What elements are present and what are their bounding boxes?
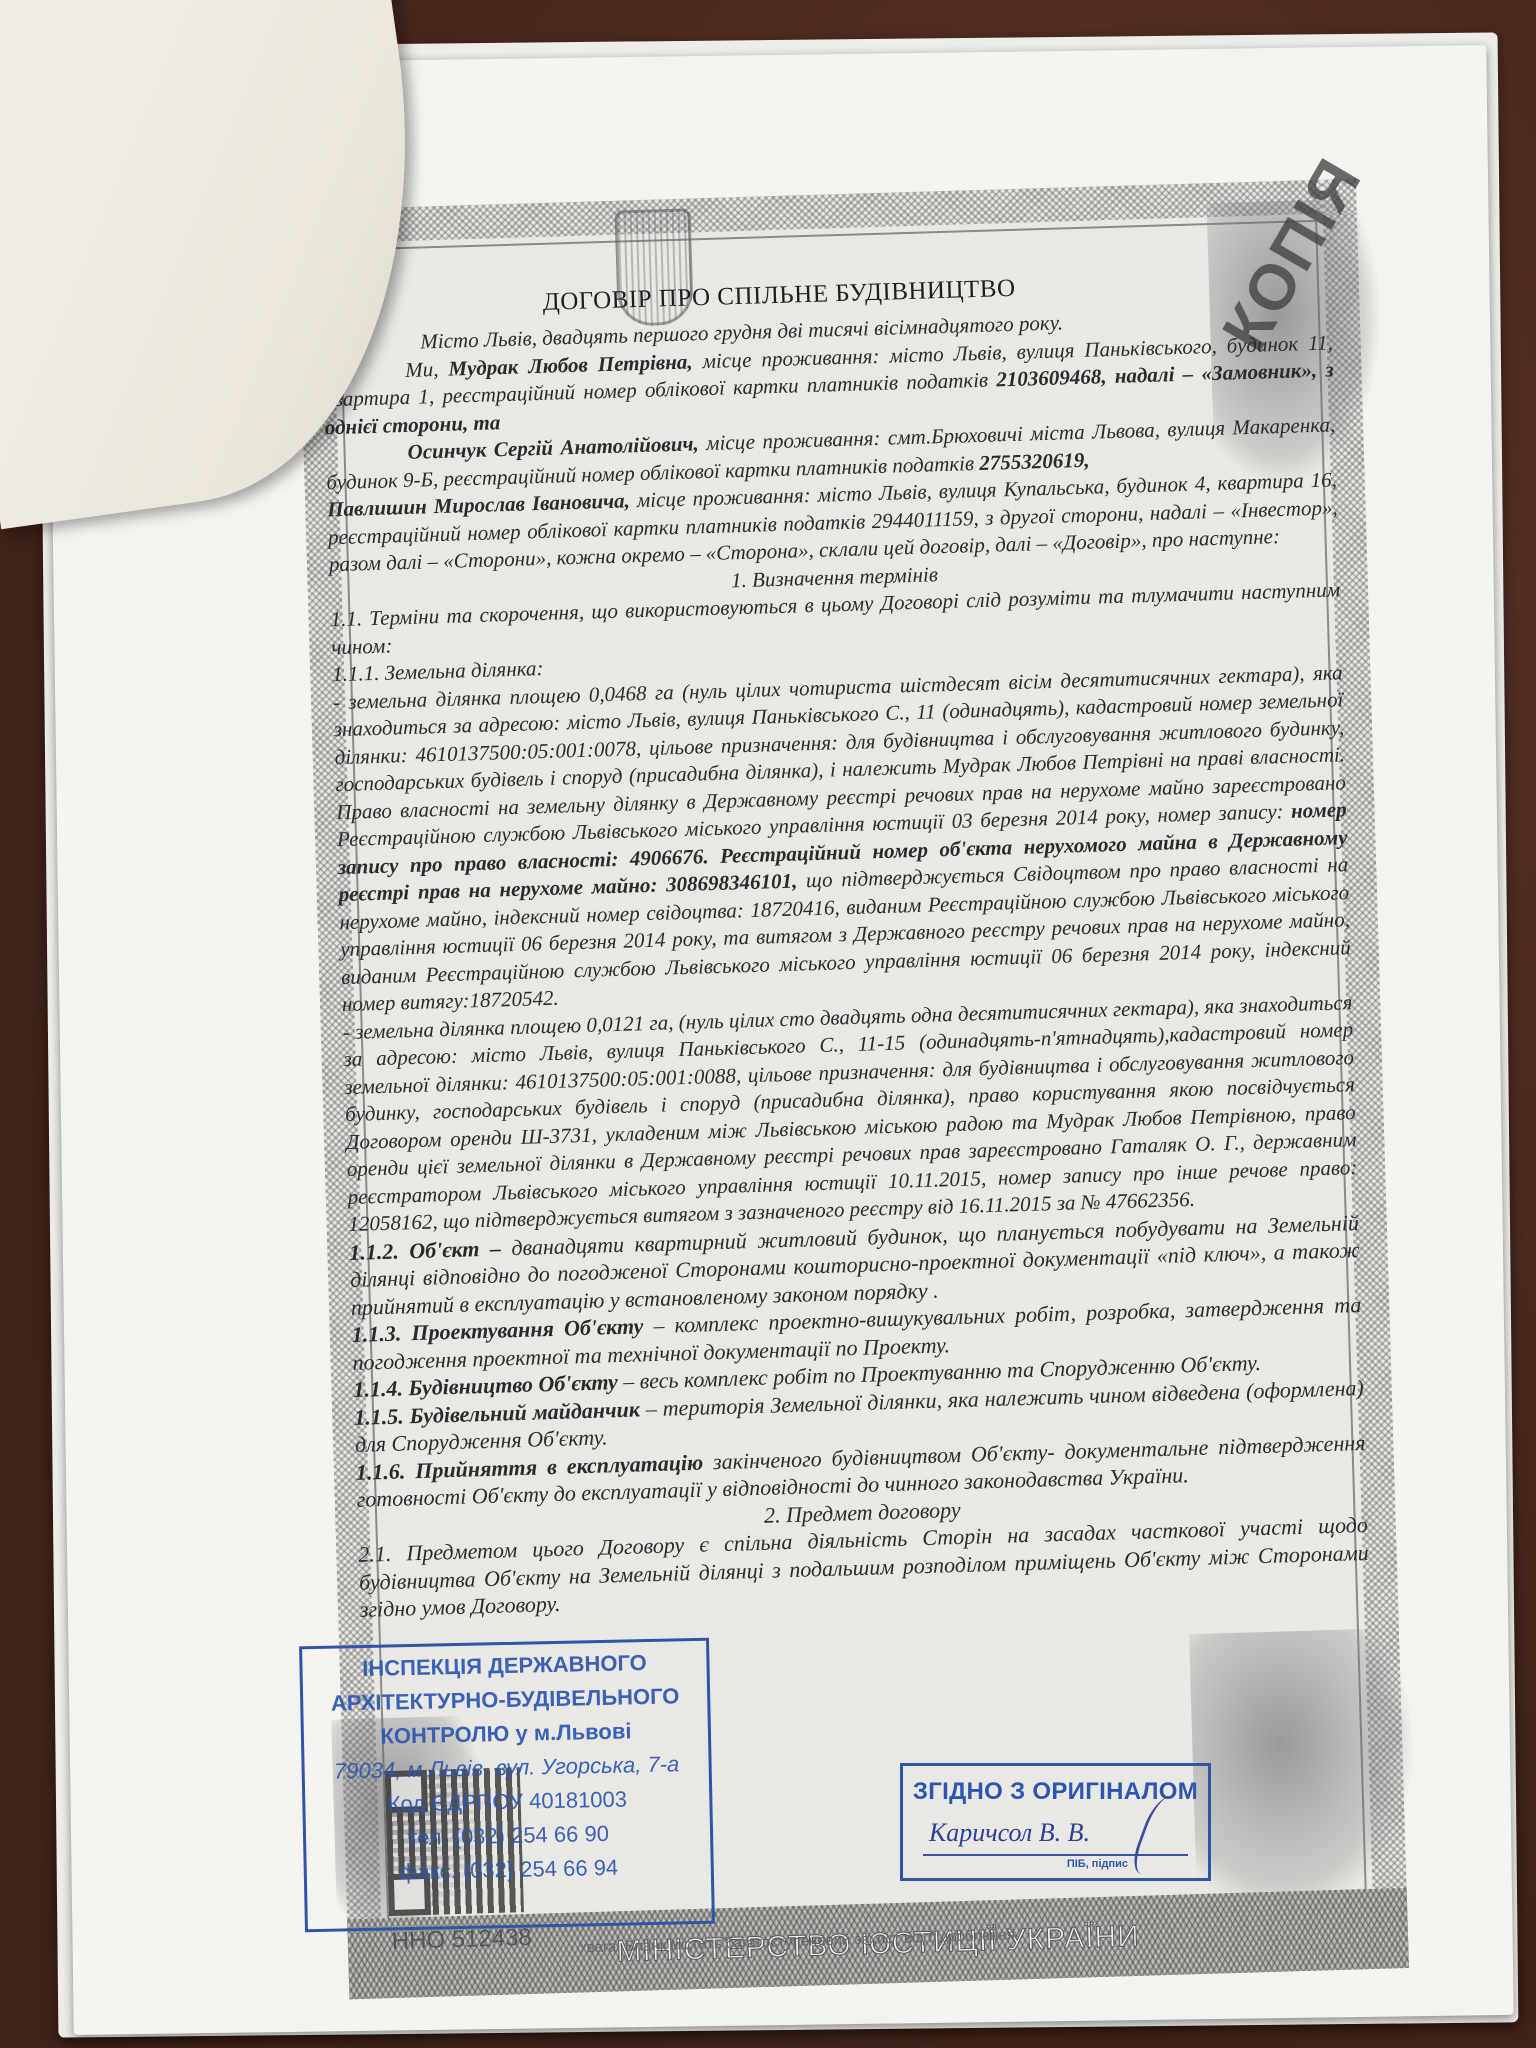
party-2-tax: 2755320619,: [979, 447, 1090, 474]
inspection-stamp-fax: факс. (032) 254 66 94: [306, 1849, 711, 1891]
inspection-stamp: ІНСПЕКЦІЯ ДЕРЖАВНОГО АРХІТЕКТУРНО-БУДІВЕ…: [299, 1638, 715, 1933]
certified-copy-stamp: ЗГІДНО З ОРИГІНАЛОМ Каричсол В. В. ПІБ, …: [900, 1763, 1211, 1881]
party-1-name: Мудрак Любов Петрівна,: [448, 349, 693, 380]
party-1-tax: 2103609468,: [996, 364, 1107, 391]
signature-scrawl-icon: [1127, 1796, 1194, 1874]
corner-ornament-bottom-right: [1189, 1628, 1417, 1914]
signature-name: Каричсол В. В.: [929, 1818, 1090, 1848]
signature-caption: ПІБ, підпис: [1067, 1858, 1128, 1870]
land-plot-2: - земельна ділянка площею 0,0121 га, (ну…: [342, 989, 1358, 1239]
land-plot-1: - земельна ділянка площею 0,0468 га (нул…: [333, 659, 1352, 1019]
preamble: Місто Львів, двадцять першого грудня дві…: [322, 301, 1370, 1623]
